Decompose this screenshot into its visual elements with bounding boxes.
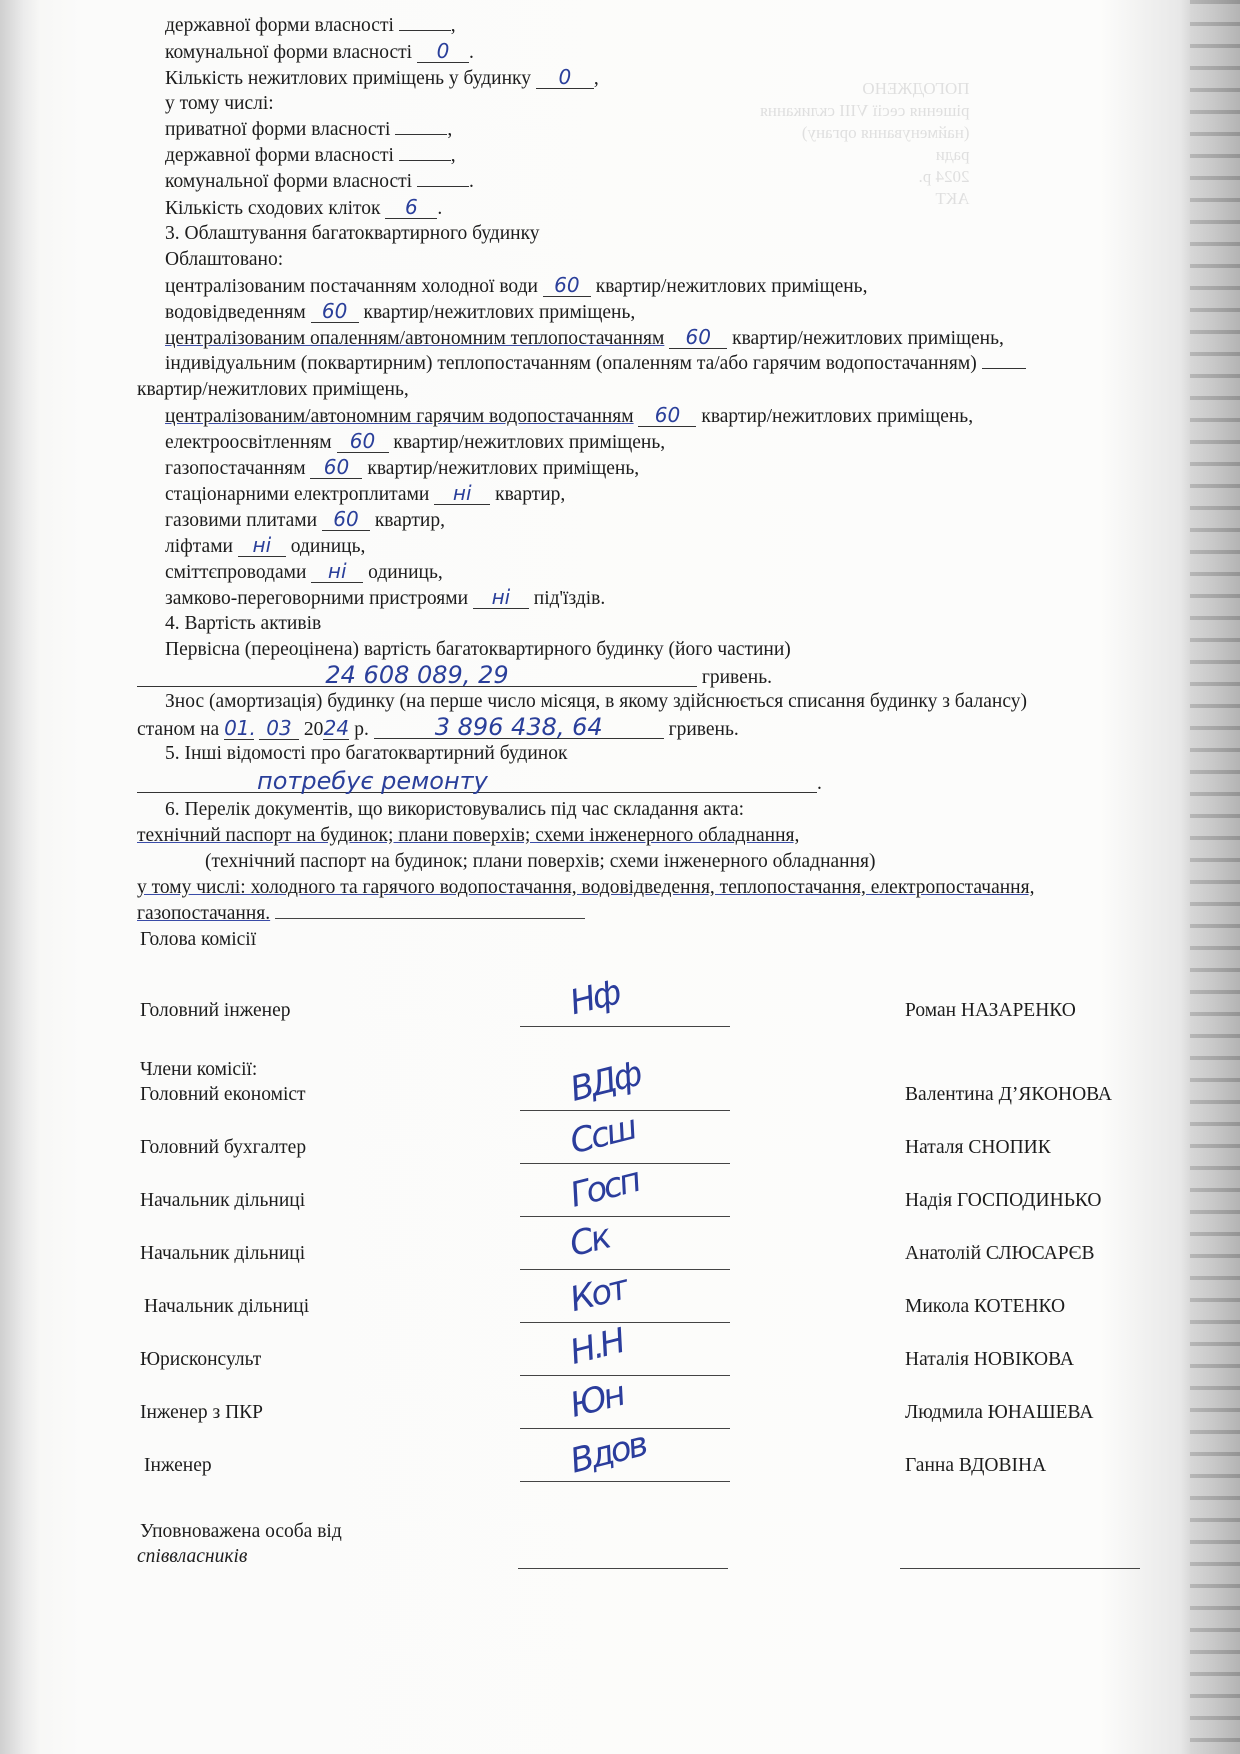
amenity-value: 60 [543,274,591,297]
section3-title: 3. Облаштування багатоквартирного будинк… [165,222,540,246]
amenity-value: ні [238,534,286,557]
signature-mark: ВДф [566,1054,644,1110]
amenity-elevators: ліфтами ні одиниць, [165,534,365,559]
amenity-gas-stoves: газовими плитами 60 квартир, [165,508,445,533]
amenity-electric-stoves: стаціонарними електроплитами ні квартир, [165,482,565,507]
amenity-value: 60 [322,508,370,531]
nonresidential-count-value: 0 [536,66,594,89]
amenity-individual-heating-unit: квартир/нежитлових приміщень, [137,378,409,402]
signatory-row: Юрисконсульт Н.Н Наталія НОВІКОВА [140,1349,1140,1389]
section5-title: 5. Інші відомості про багатоквартирний б… [165,742,567,766]
amenity-garbage-chutes: сміттєпроводами ні одиниць, [165,560,443,585]
depreciation-value: 3 896 438, 64 [374,716,664,739]
signature-line [520,1216,730,1217]
signature-line [520,1026,730,1027]
documents-including: у тому числі: холодного та гарячого водо… [137,876,1034,900]
signatory-row: Головний бухгалтер Ссш Наталя СНОПИК [140,1137,1140,1177]
amenity-value: 60 [638,404,696,427]
amenity-value: 60 [311,300,359,323]
signature-line [520,1322,730,1323]
authorized-person-label-2: співвласників [137,1545,247,1569]
bleed-through-text: ПОГОДЖЕНОрішення сесії VIII скликання(на… [760,78,970,210]
state-ownership-value [399,30,451,31]
signature-mark: Нф [566,973,623,1024]
amenity-individual-heating: індивідуальним (поквартирним) теплопоста… [165,352,1026,376]
amenity-value: ні [311,560,363,583]
documents-last-line: газопостачання. [137,902,585,926]
section4-title: 4. Вартість активів [165,612,321,636]
other-info-value: потребує ремонту [137,770,817,793]
signatory-row: Головний економіст ВДф Валентина Д’ЯКОНО… [140,1084,1140,1124]
amenity-gas-supply: газопостачанням 60 квартир/нежитлових пр… [165,456,639,481]
amenity-value: ні [473,586,529,609]
section3-intro: Облаштовано: [165,248,283,272]
commission-head-label: Голова комісії [140,928,256,952]
signature-line [520,1481,730,1482]
amenity-value [982,368,1026,369]
authorized-signature-line [518,1568,728,1569]
including-label: у тому числі: [165,92,274,116]
authorized-person-label: Уповноважена особа від [140,1520,342,1544]
documents-list: технічний паспорт на будинок; плани пове… [137,824,799,848]
amenity-value: ні [434,482,490,505]
nonresidential-count-line: Кількість нежитлових приміщень у будинку… [165,66,599,91]
signatory-row: Начальник дільниці Ск Анатолій СЛЮСАРЄВ [140,1243,1140,1283]
commission-members-label: Члени комісії: [140,1058,257,1082]
stairwells-value: 6 [385,196,437,219]
amenity-drainage: водовідведенням 60 квартир/нежитлових пр… [165,300,635,325]
as-of-month: 03 [259,717,299,740]
initial-value-label: Первісна (переоцінена) вартість багатокв… [165,638,791,662]
nonres-private-line: приватної форми власності , [165,118,452,142]
amenity-value: 60 [337,430,389,453]
nonres-state-value [399,160,451,161]
as-of-day: 01. [224,717,254,740]
scanned-page: ПОГОДЖЕНОрішення сесії VIII скликання(на… [0,0,1240,1754]
signatory-row: Інженер Вдов Ганна ВДОВІНА [140,1455,1140,1495]
amenity-hot-water: централізованим/автономним гарячим водоп… [165,404,973,429]
depreciation-label: Знос (амортизація) будинку (на перше чис… [165,690,1027,714]
amenity-electric-light: електроосвітленням 60 квартир/нежитлових… [165,430,665,455]
initial-value: 24 608 089, 29 [137,664,697,687]
authorized-name-line [900,1568,1140,1569]
communal-ownership-value: 0 [417,40,469,63]
amenity-central-heating: централізованим опаленням/автономним теп… [165,326,1004,351]
page-left-shadow [0,0,40,1754]
nonres-communal-value [417,186,469,187]
page-stack-edge [1190,0,1240,1754]
nonres-private-value [395,134,447,135]
signature-line [520,1375,730,1376]
initial-value-line: 24 608 089, 29 гривень. [137,664,772,690]
documents-hint: (технічний паспорт на будинок; плани пов… [205,850,876,874]
amenity-value: 60 [669,326,727,349]
as-of-year: 24 [323,717,349,740]
communal-ownership-line: комунальної форми власності 0. [165,40,474,65]
section6-title: 6. Перелік документів, що використовувал… [165,798,744,822]
other-info-line: потребує ремонту. [137,770,822,796]
signatory-row: Головний інженер Нф Роман НАЗАРЕНКО [140,1000,1140,1040]
stairwells-line: Кількість сходових кліток 6. [165,196,442,221]
depreciation-line: станом на 01. 03 2024 р. 3 896 438, 64 г… [137,716,739,742]
signatory-row: Начальник дільниці Госп Надія ГОСПОДИНЬК… [140,1190,1140,1230]
amenity-value: 60 [310,456,362,479]
signature-line [520,1269,730,1270]
amenity-intercoms: замково-переговорними пристроями ні під'… [165,586,605,611]
nonres-communal-line: комунальної форми власності . [165,170,474,194]
nonres-state-line: державної форми власності , [165,144,456,168]
state-ownership-line: державної форми власності , [165,14,456,38]
signatory-row: Начальник дільниці Кот Микола КОТЕНКО [140,1296,1140,1336]
amenity-cold-water: централізованим постачанням холодної вод… [165,274,867,299]
